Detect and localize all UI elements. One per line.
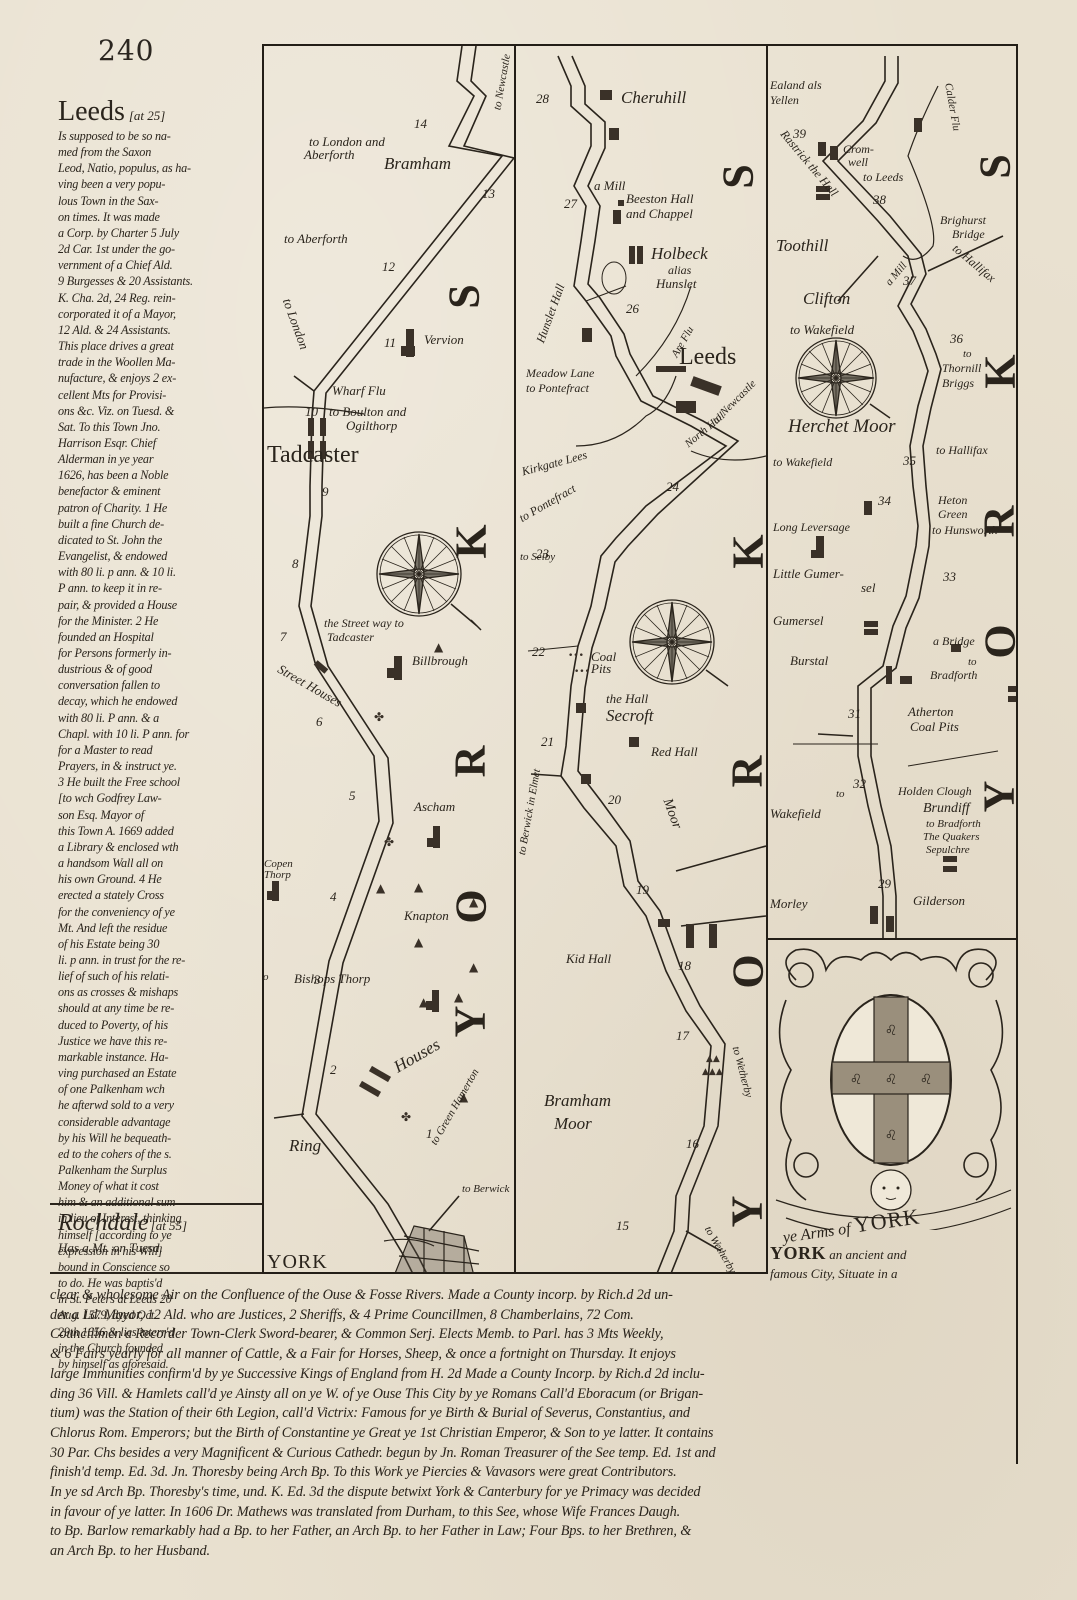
place-label: Knapton [404,908,449,924]
leeds-text-line: Alderman in ye year [58,451,258,467]
leeds-text-line: his own Ground. 4 He [58,871,258,887]
place-label: Tadcaster [327,630,374,645]
place-label: Meadow Lane [526,366,594,381]
svg-text:✤: ✤ [384,835,394,849]
leeds-text-line: considerable advantage [58,1114,258,1130]
place-label: Bramham [384,154,451,174]
mile-marker: 20 [608,792,621,808]
leeds-text-line: med from the Saxon [58,144,258,160]
leeds-text-line: for a Master to read [58,742,258,758]
leeds-title: Leeds [58,96,125,127]
leeds-text-line: pair, & provided a House [58,597,258,613]
leeds-text-line: K. Cha. 2d, 24 Reg. rein- [58,290,258,306]
leeds-text-line: benefactor & eminent [58,483,258,499]
york-intro-2: famous City, Situate in a [770,1264,1020,1283]
mile-marker: 14 [414,116,427,132]
leeds-text-line: ving been a very popu- [58,176,258,192]
york-text-line: to Bp. Barlow remarkably had a Bp. to he… [50,1522,1020,1542]
place-label: the Hall [606,691,648,707]
place-label: to [836,788,845,800]
county-letter: Y [721,1196,768,1228]
leeds-text-line: lief of such of his relati- [58,968,258,984]
leeds-text-line: this Town A. 1669 added [58,823,258,839]
place-label: well [848,155,868,170]
mile-marker: 7 [280,629,287,645]
place-label: to Pontefract [526,381,589,396]
leeds-text-line: li. p ann. in trust for the re- [58,952,258,968]
place-label: Billbrough [412,653,468,669]
mile-marker: 23 [536,546,549,562]
place-label: Wakefield [770,806,821,822]
place-label: Brundiff [923,801,970,817]
compass-rose-icon [796,338,890,418]
york-description: clear & wholesome Air on the Confluence … [50,1286,1020,1562]
place-label: Copen Thorp [264,859,304,881]
town-label-york: YORK [267,1251,328,1274]
svg-text:✤: ✤ [401,1110,411,1124]
place-label: Secroft [606,706,654,726]
place-label: Long Leversage [773,520,850,535]
mile-marker: 8 [292,556,299,572]
york-text-line: Chlorus Rom. Emperors; but the Birth of … [50,1424,1020,1444]
mile-marker: 5 [349,788,356,804]
place-label: Briggs [942,376,974,391]
leeds-text-line: Sat. To this Town Jno. [58,419,258,435]
leeds-text-line: Prayers, in & instruct ye. [58,758,258,774]
place-label: to [262,971,269,983]
place-label: sel [861,580,875,596]
svg-text:♌: ♌ [885,1023,898,1039]
place-label: Red Hall [651,744,698,760]
leeds-text-line: built a fine Church de- [58,516,258,532]
mile-marker: 19 [636,882,649,898]
leeds-text-line: Is supposed to be so na- [58,128,258,144]
page-number: 240 [98,34,154,67]
mile-marker: 6 [316,714,323,730]
leeds-text-line: a handsom Wall all on [58,855,258,871]
divider [50,1272,262,1274]
svg-text:▲▲▲: ▲▲▲ [702,1067,723,1077]
place-label: Kid Hall [566,951,611,967]
place-label: Holden Clough [898,784,972,799]
leeds-text-line: dustrious & of good [58,661,258,677]
place-label: Ealand als [770,78,822,93]
place-label: Aberforth [304,147,355,163]
place-label: Green [938,507,968,522]
leeds-text-line: of one Palkenham wch [58,1081,258,1097]
leeds-text-line: ons &c. Viz. on Tuesd. & [58,403,258,419]
place-label: Clifton [803,289,850,309]
york-text-line: tium) was the Station of their 6th Legio… [50,1404,1020,1424]
county-letter: K [446,524,497,558]
place-label: Beeston Hall [626,191,694,207]
mile-marker: 9 [322,484,329,500]
place-label: Herchet Moor [788,416,895,438]
leeds-text-line: patron of Charity. 1 He [58,500,258,516]
county-letter: S [713,164,764,188]
rochdale-heading: Rochdale[at 55] [58,1210,187,1237]
mile-marker: 37 [903,273,916,289]
leeds-text-line: dicated to St. John the [58,532,258,548]
place-label: to Bradforth [926,818,981,830]
leeds-text-line: 1626, has been a Noble [58,467,258,483]
york-text-line: ding 36 Vill. & Hamlets call'd ye Ainsty… [50,1385,1020,1405]
county-letter: O [723,954,768,988]
mile-marker: 35 [903,453,916,469]
york-text-line: der a Ld. Mayor, 12 Ald. who are Justice… [50,1306,1020,1326]
svg-text:▲: ▲ [434,640,444,654]
leeds-text-line: [to wch Godfrey Law- [58,790,258,806]
mile-marker: 22 [532,644,545,660]
svg-text:▲: ▲ [376,881,386,895]
rochdale-distance: [at 55] [151,1218,187,1233]
svg-text:♌: ♌ [920,1072,933,1088]
place-label: Vervion [424,332,464,348]
leeds-text-line: 2d Car. 1st under the go- [58,241,258,257]
leeds-text-line: for the Minister. 2 He [58,613,258,629]
place-label: to [963,348,972,360]
leeds-text-line: markable instance. Ha- [58,1049,258,1065]
place-label: Ascham [414,799,455,815]
leeds-text-line: for Persons formerly in- [58,645,258,661]
place-label: Moor [554,1114,592,1134]
place-label: Coal Pits [910,719,959,735]
place-label: Toothill [776,236,828,256]
place-label: a Bridge [933,634,975,649]
leeds-text-line: on times. It was made [58,209,258,225]
mile-marker: 36 [950,331,963,347]
svg-text:▲: ▲ [414,880,424,894]
county-letter: S [970,154,1018,178]
leeds-text-line: ving purchased an Estate [58,1065,258,1081]
leeds-text-line: Leod, Natio, populus, as ha- [58,160,258,176]
leeds-text-line: erected a stately Cross [58,887,258,903]
york-text-line: large Immunities confirm'd by ye Success… [50,1365,1020,1385]
leeds-text-line: ons as crosses & mishaps [58,984,258,1000]
york-text-line: an Arch Bp. to her Husband. [50,1542,1020,1562]
leeds-text-line: founded an Hospital [58,629,258,645]
mile-marker: 38 [873,192,886,208]
leeds-text-line: Palkenham the Surplus [58,1162,258,1178]
place-label: Ring [289,1136,321,1156]
town-label-tadcaster: Tadcaster [267,442,359,469]
leeds-text-line: conversation fallen to [58,677,258,693]
leeds-text-line: by his Will he bequeath- [58,1130,258,1146]
place-label: Coal Pits [591,651,621,675]
mile-marker: 16 [686,1136,699,1152]
county-letter: S [439,284,490,308]
place-label: Bridge [952,227,985,242]
york-description-heading: YORK an ancient and famous City, Situate… [770,1244,1020,1283]
rochdale-title: Rochdale [58,1210,149,1236]
place-label: Brighurst [940,213,986,228]
leeds-text-line: duced to Poverty, of his [58,1017,258,1033]
place-label: and Chappel [626,206,693,222]
place-label: Holbeck [651,244,708,264]
county-letter: R [444,746,495,778]
place-label: Morley [770,896,808,912]
place-label: to Aberforth [284,231,348,247]
leeds-text-line: Money of what it cost [58,1178,258,1194]
place-label: Bramham [544,1091,611,1111]
mile-marker: 12 [382,259,395,275]
mile-marker: 17 [676,1028,689,1044]
svg-text:♌: ♌ [885,1072,898,1088]
place-label: The Quakers [923,831,980,843]
leeds-text-line: Justice we have this re- [58,1033,258,1049]
mile-marker: 27 [564,196,577,212]
leeds-text-line: should at any time be re- [58,1000,258,1016]
place-label: Heton [938,493,967,508]
york-text-line: clear & wholesome Air on the Confluence … [50,1286,1020,1306]
york-text-line: 30 Par. Chs besides a very Magnificent &… [50,1444,1020,1464]
town-label-leeds: Leeds [679,344,736,371]
place-label: Atherton [908,704,954,720]
svg-text:♌: ♌ [885,1128,898,1144]
mile-marker: 32 [853,776,866,792]
leeds-text-line: Harrison Esqr. Chief [58,435,258,451]
mile-marker: 34 [878,493,891,509]
road-strip-2: •••••• ▲▲▲▲▲ Cheruhill a Mill Beeston Ha… [514,44,768,1274]
county-letter: R [721,756,768,788]
leeds-text-line: with 80 li. P ann. & a [58,710,258,726]
mile-marker: 1 [426,1126,433,1142]
mile-marker: 4 [330,889,337,905]
mile-marker: 29 [878,876,891,892]
county-letter: Y [444,1006,495,1038]
svg-text:▲▲: ▲▲ [706,1054,720,1064]
leeds-text-line: son Esq. Mayor of [58,807,258,823]
york-text-line: finish'd temp. Ed. 3d. Jn. Thoresby bein… [50,1463,1020,1483]
svg-text:♌: ♌ [850,1072,863,1088]
place-label: Cheruhill [621,88,686,108]
leeds-text-line: corporated it of a Mayor, [58,306,258,322]
svg-text:▲: ▲ [414,935,424,949]
leeds-description: Leeds[at 25] Is supposed to be so na-med… [58,98,258,1372]
compass-rose-icon [630,600,728,686]
place-label: Wharf Flu [332,383,386,399]
leeds-text-line: This place drives a great [58,338,258,354]
leeds-text-line: Chapl. with 10 li. P ann. for [58,726,258,742]
place-label: the Street way to [324,616,404,631]
place-label: Ogilthorp [346,418,397,434]
leeds-text-line: trade in the Woollen Ma- [58,354,258,370]
road-strip-3: Ealand als Yellen Rastrick the Hall Crom… [766,44,1018,940]
york-text-line: In ye sd Arch Bp. Thoresby's time, und. … [50,1483,1020,1503]
leeds-text: Is supposed to be so na-med from the Sax… [58,128,258,1372]
mile-marker: 15 [616,1218,629,1234]
mile-marker: 3 [314,972,321,988]
svg-text:▲: ▲ [454,990,464,1004]
york-text-line: & 6 Fairs yearly for all manner of Cattl… [50,1345,1020,1365]
york-text-line: Councillmen a Recorder Town-Clerk Sword-… [50,1325,1020,1345]
place-label: Burstal [790,653,828,669]
place-label: to Hallifax [936,443,988,458]
mile-marker: 11 [384,335,396,351]
place-label: Yellen [770,93,799,108]
svg-text:•••: ••• [574,667,590,677]
road-strip-1: ▲▲▲ ▲▲▲ ▲▲▲ ✤✤✤ to Newcastle to London a… [262,44,516,1274]
leeds-text-line: a Library & enclosed wth [58,839,258,855]
place-label: Gilderson [913,893,965,909]
place-label: Hunslet [656,276,696,292]
leeds-text-line: lous Town in the Sax- [58,193,258,209]
divider [50,1203,262,1205]
county-letter: K [723,534,768,568]
leeds-text-line: a Corp. by Charter 5 July [58,225,258,241]
county-letter: O [446,889,497,923]
leeds-text-line: he afterwd sold to a very [58,1097,258,1113]
leeds-text-line: of his Estate being 30 [58,936,258,952]
mile-marker: 13 [482,186,495,202]
place-label: to Wakefield [790,322,854,338]
leeds-text-line: cellent Mts for Provisi- [58,387,258,403]
county-letter: R [973,506,1018,538]
county-letter: Y [973,781,1018,813]
road-strip-2-drawing: •••••• ▲▲▲▲▲ [516,46,768,1274]
mile-marker: 10 [305,404,318,420]
place-label: to Leeds [863,170,903,185]
place-label: Bradforth [930,668,977,683]
leeds-text-line: decay, which he endowed [58,693,258,709]
svg-text:▲: ▲ [419,995,429,1009]
leeds-text-line: nufacture, & enjoys 2 ex- [58,370,258,386]
svg-text:•••: ••• [568,651,584,661]
mile-marker: 21 [541,734,554,750]
leeds-text-line: Mt. And left the residue [58,920,258,936]
place-label: to Berwick [462,1183,509,1195]
mile-marker: 2 [330,1062,337,1078]
county-letter: O [975,624,1018,658]
county-letter: K [975,354,1018,388]
leeds-text-line: 3 He built the Free school [58,774,258,790]
place-label: Sepulchre [926,844,970,856]
mile-marker: 24 [666,479,679,495]
place-label: Bishops Thorp [294,971,370,987]
svg-text:▲: ▲ [469,960,479,974]
place-label: Gumersel [773,613,824,629]
svg-text:✤: ✤ [374,710,384,724]
york-title: YORK [770,1243,826,1263]
mile-marker: 26 [626,301,639,317]
leeds-text-line: 9 Burgesses & 20 Assistants. [58,273,258,289]
mile-marker: 39 [793,126,806,142]
leeds-text-line: vernment of a Chief Ald. [58,257,258,273]
place-label: Little Gumer- [773,566,844,582]
coat-of-arms-icon: ♌♌♌ ♌♌ [766,940,1016,1230]
leeds-text-line: P ann. to keep it in re- [58,580,258,596]
leeds-heading: Leeds[at 25] [58,98,258,126]
place-label: to Wakefield [773,455,832,470]
mile-marker: 31 [848,706,861,722]
leeds-distance: [at 25] [129,108,165,123]
leeds-text-line: for the conveniency of ye [58,904,258,920]
mile-marker: 28 [536,91,549,107]
mile-marker: 33 [943,569,956,585]
place-label: a Mill [594,178,625,194]
leeds-text-line: with 80 li. p ann. & 10 li. [58,564,258,580]
rochdale-text: Has a Mt. on Tuesd. [58,1240,163,1256]
leeds-text-line: 12 Ald. & 24 Assistants. [58,322,258,338]
leeds-text-line: Evangelist, & endowed [58,548,258,564]
leeds-text-line: ed to the cohers of the s. [58,1146,258,1162]
york-text-line: in favour of ye latter. In 1606 Dr. Math… [50,1503,1020,1523]
mile-marker: 18 [678,958,691,974]
york-intro-1: an ancient and [829,1247,906,1262]
